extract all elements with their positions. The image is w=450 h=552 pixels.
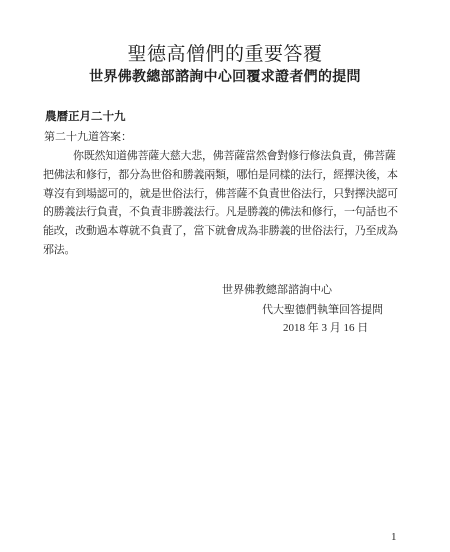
document-subtitle: 世界佛教總部諮詢中心回覆求證者們的提問: [0, 66, 450, 86]
signature-organization: 世界佛教總部諮詢中心: [222, 281, 332, 297]
body-line: 邪法。: [43, 241, 401, 260]
page-number: 1: [391, 531, 397, 543]
body-line: 尊沒有到場認可的，就是世俗法行，佛菩薩不負責世俗法行，只對擇決認可: [43, 185, 401, 204]
answer-body: 你既然知道佛菩薩大慈大悲，佛菩薩當然會對修行修法負責，佛菩薩 把佛法和修行，都分…: [43, 147, 401, 260]
document-page: 聖德高僧們的重要答覆 世界佛教總部諮詢中心回覆求證者們的提問 農曆正月二十九 第…: [0, 0, 450, 552]
signature-date: 2018 年 3 月 16 日: [283, 319, 368, 335]
document-title: 聖德高僧們的重要答覆: [0, 39, 450, 66]
signature-author-line: 代大聖德們執筆回答提問: [262, 301, 383, 317]
body-line: 把佛法和修行，都分為世俗和勝義兩類，哪怕是同樣的法行，經擇決後，本: [43, 166, 401, 185]
answer-number-label: 第二十九道答案：: [44, 128, 132, 144]
body-line: 能改，改動過本尊就不負責了，當下就會成為非勝義的世俗法行，乃至成為: [43, 222, 401, 241]
body-line: 的勝義法行負責，不負責非勝義法行。凡是勝義的佛法和修行，一句話也不: [43, 203, 401, 222]
lunar-date-heading: 農曆正月二十九: [45, 108, 126, 124]
body-line: 你既然知道佛菩薩大慈大悲，佛菩薩當然會對修行修法負責，佛菩薩: [43, 147, 401, 166]
